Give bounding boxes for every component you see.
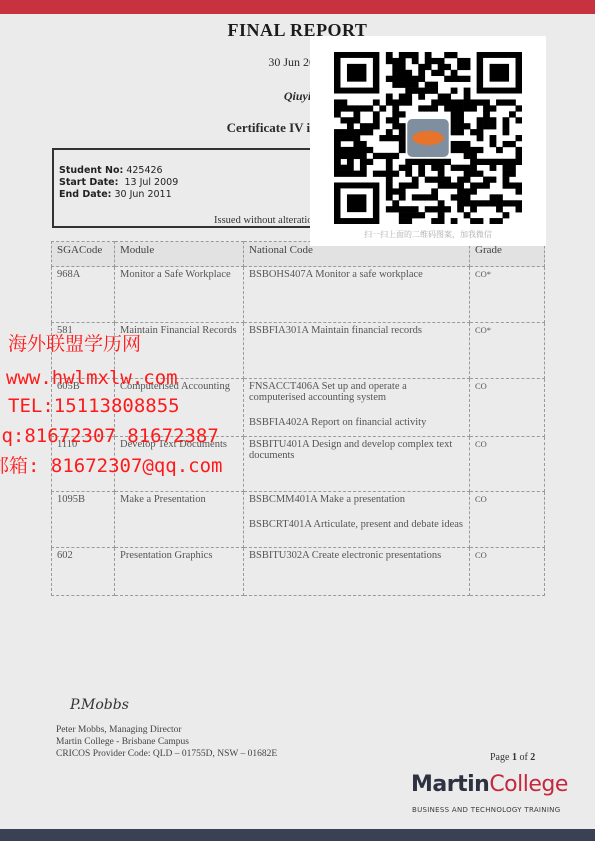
national-code: BSBITU302A Create electronic presentatio… — [244, 548, 470, 596]
grade: CO* — [470, 267, 545, 323]
watermark-line: qq:81672307 81672387 — [0, 425, 219, 447]
table-row: 602Presentation GraphicsBSBITU302A Creat… — [52, 548, 545, 596]
national-code-entry: BSBFIA301A Maintain financial records — [249, 325, 464, 336]
national-code: BSBOHS407A Monitor a safe workplace — [244, 267, 470, 323]
signature-scribble: P.Mobbs — [70, 697, 129, 713]
logo-tagline: BUSINESS AND TECHNOLOGY TRAINING — [412, 806, 560, 814]
module-name: Monitor a Safe Workplace — [115, 267, 244, 323]
sga-code: 602 — [52, 548, 115, 596]
martin-college-logo: MartinCollege — [411, 772, 568, 797]
national-code: FNSACCT406A Set up and operate a compute… — [244, 379, 470, 437]
end-date: 30 Jun 2011 — [114, 189, 171, 200]
start-date-label: Start Date: — [59, 177, 118, 188]
cricos-code: CRICOS Provider Code: QLD – 01755D, NSW … — [56, 748, 277, 760]
start-date: 13 Jul 2009 — [124, 177, 178, 188]
national-code-entry: BSBITU302A Create electronic presentatio… — [249, 550, 464, 561]
national-code: BSBCMM401A Make a presentationBSBCRT401A… — [244, 492, 470, 548]
module-name: Presentation Graphics — [115, 548, 244, 596]
watermark-line: TEL:15113808855 — [8, 395, 180, 417]
watermark-line: 邮箱: 81672307@qq.com — [0, 455, 222, 477]
grade: CO — [470, 379, 545, 437]
national-code-entry: BSBOHS407A Monitor a safe workplace — [249, 269, 464, 280]
top-red-bar — [0, 0, 595, 14]
end-date-label: End Date: — [59, 189, 111, 200]
table-row: 1095BMake a PresentationBSBCMM401A Make … — [52, 492, 545, 548]
qr-code-icon — [334, 52, 522, 224]
watermark-line: 海外联盟学历网 — [8, 333, 141, 355]
modules-table: SGACode Module National Code Grade 968AM… — [51, 241, 545, 596]
national-code: BSBFIA301A Maintain financial records — [244, 323, 470, 379]
grade: CO — [470, 492, 545, 548]
col-sgacode: SGACode — [52, 242, 115, 267]
national-code-entry: BSBCRT401A Articulate, present and debat… — [249, 519, 464, 530]
national-code-entry: FNSACCT406A Set up and operate a compute… — [249, 381, 464, 403]
sga-code: 1095B — [52, 492, 115, 548]
national-code-entry: BSBFIA402A Report on financial activity — [249, 417, 464, 428]
module-name: Make a Presentation — [115, 492, 244, 548]
signer-campus: Martin College - Brisbane Campus — [56, 736, 277, 748]
signer-block: Peter Mobbs, Managing Director Martin Co… — [56, 724, 277, 760]
page-indicator: Page 1 of 2 — [490, 752, 535, 763]
national-code: BSBITU401A Design and develop complex te… — [244, 437, 470, 492]
student-no: 425426 — [126, 165, 162, 176]
qr-code-overlay[interactable]: 扫一扫上面的二维码图案，加我微信 — [310, 36, 546, 246]
table-row: 968AMonitor a Safe WorkplaceBSBOHS407A M… — [52, 267, 545, 323]
grade: CO* — [470, 323, 545, 379]
student-no-label: Student No: — [59, 165, 123, 176]
bottom-dark-bar — [0, 829, 595, 841]
sga-code: 968A — [52, 267, 115, 323]
national-code-entry: BSBITU401A Design and develop complex te… — [249, 439, 464, 461]
watermark-line: www.hwlmxlw.com — [6, 367, 178, 389]
signer-name-title: Peter Mobbs, Managing Director — [56, 724, 277, 736]
col-module: Module — [115, 242, 244, 267]
grade: CO — [470, 437, 545, 492]
grade: CO — [470, 548, 545, 596]
national-code-entry: BSBCMM401A Make a presentation — [249, 494, 464, 505]
issued-note: Issued without alteration — [214, 215, 318, 226]
qr-caption: 扫一扫上面的二维码图案，加我微信 — [310, 229, 546, 240]
